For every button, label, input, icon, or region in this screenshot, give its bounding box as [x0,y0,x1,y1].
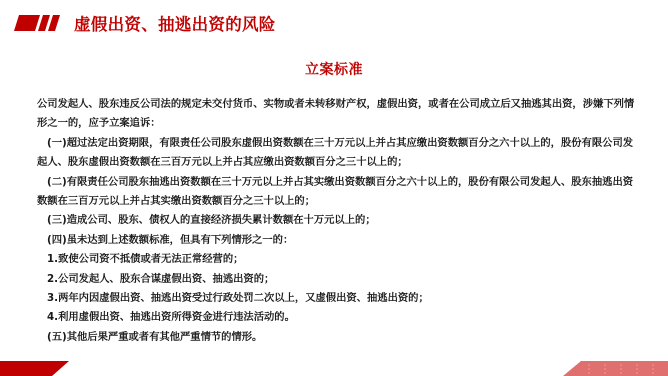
header-stripes-icon [14,15,64,31]
header-title: 虚假出资、抽逃出资的风险 [74,11,276,35]
footer-right-decoration [563,361,668,376]
slide: 虚假出资、抽逃出资的风险 立案标准 公司发起人、股东违反公司法的规定未交付货币、… [0,0,668,376]
criterion-item-4: (四)虽未达到上述数额标准，但具有下列情形之一的： [37,231,642,250]
criterion-item-3: (三)造成公司、股东、债权人的直接经济损失累计数额在十万元以上的； [37,211,642,230]
sub-item-2: 2.公司发起人、股东合谋虚假出资、抽逃出资的； [37,270,642,289]
sub-item-1: 1.致使公司资不抵债或者无法正常经营的； [37,250,642,269]
criterion-item-1: (一)超过法定出资期限，有限责任公司股东虚假出资数额在三十万元以上并占其应缴出资… [37,134,642,173]
sub-item-4: 4.利用虚假出资、抽逃出资所得资金进行违法活动的。 [37,308,642,327]
sub-item-3: 3.两年内因虚假出资、抽逃出资受过行政处罚二次以上，又虚假出资、抽逃出资的； [37,289,642,308]
footer-left-decoration [0,361,70,376]
intro-paragraph: 公司发起人、股东违反公司法的规定未交付货币、实物或者未转移财产权，虚假出资，或者… [37,95,642,134]
criterion-item-5: (五)其他后果严重或者有其他严重情节的情形。 [37,328,642,347]
section-title: 立案标准 [0,59,668,79]
content-body: 公司发起人、股东违反公司法的规定未交付货币、实物或者未转移财产权，虚假出资，或者… [37,95,642,347]
criterion-item-2: (二)有限责任公司股东抽逃出资数额在三十万元以上并占其实缴出资数额百分之六十以上… [37,173,642,212]
